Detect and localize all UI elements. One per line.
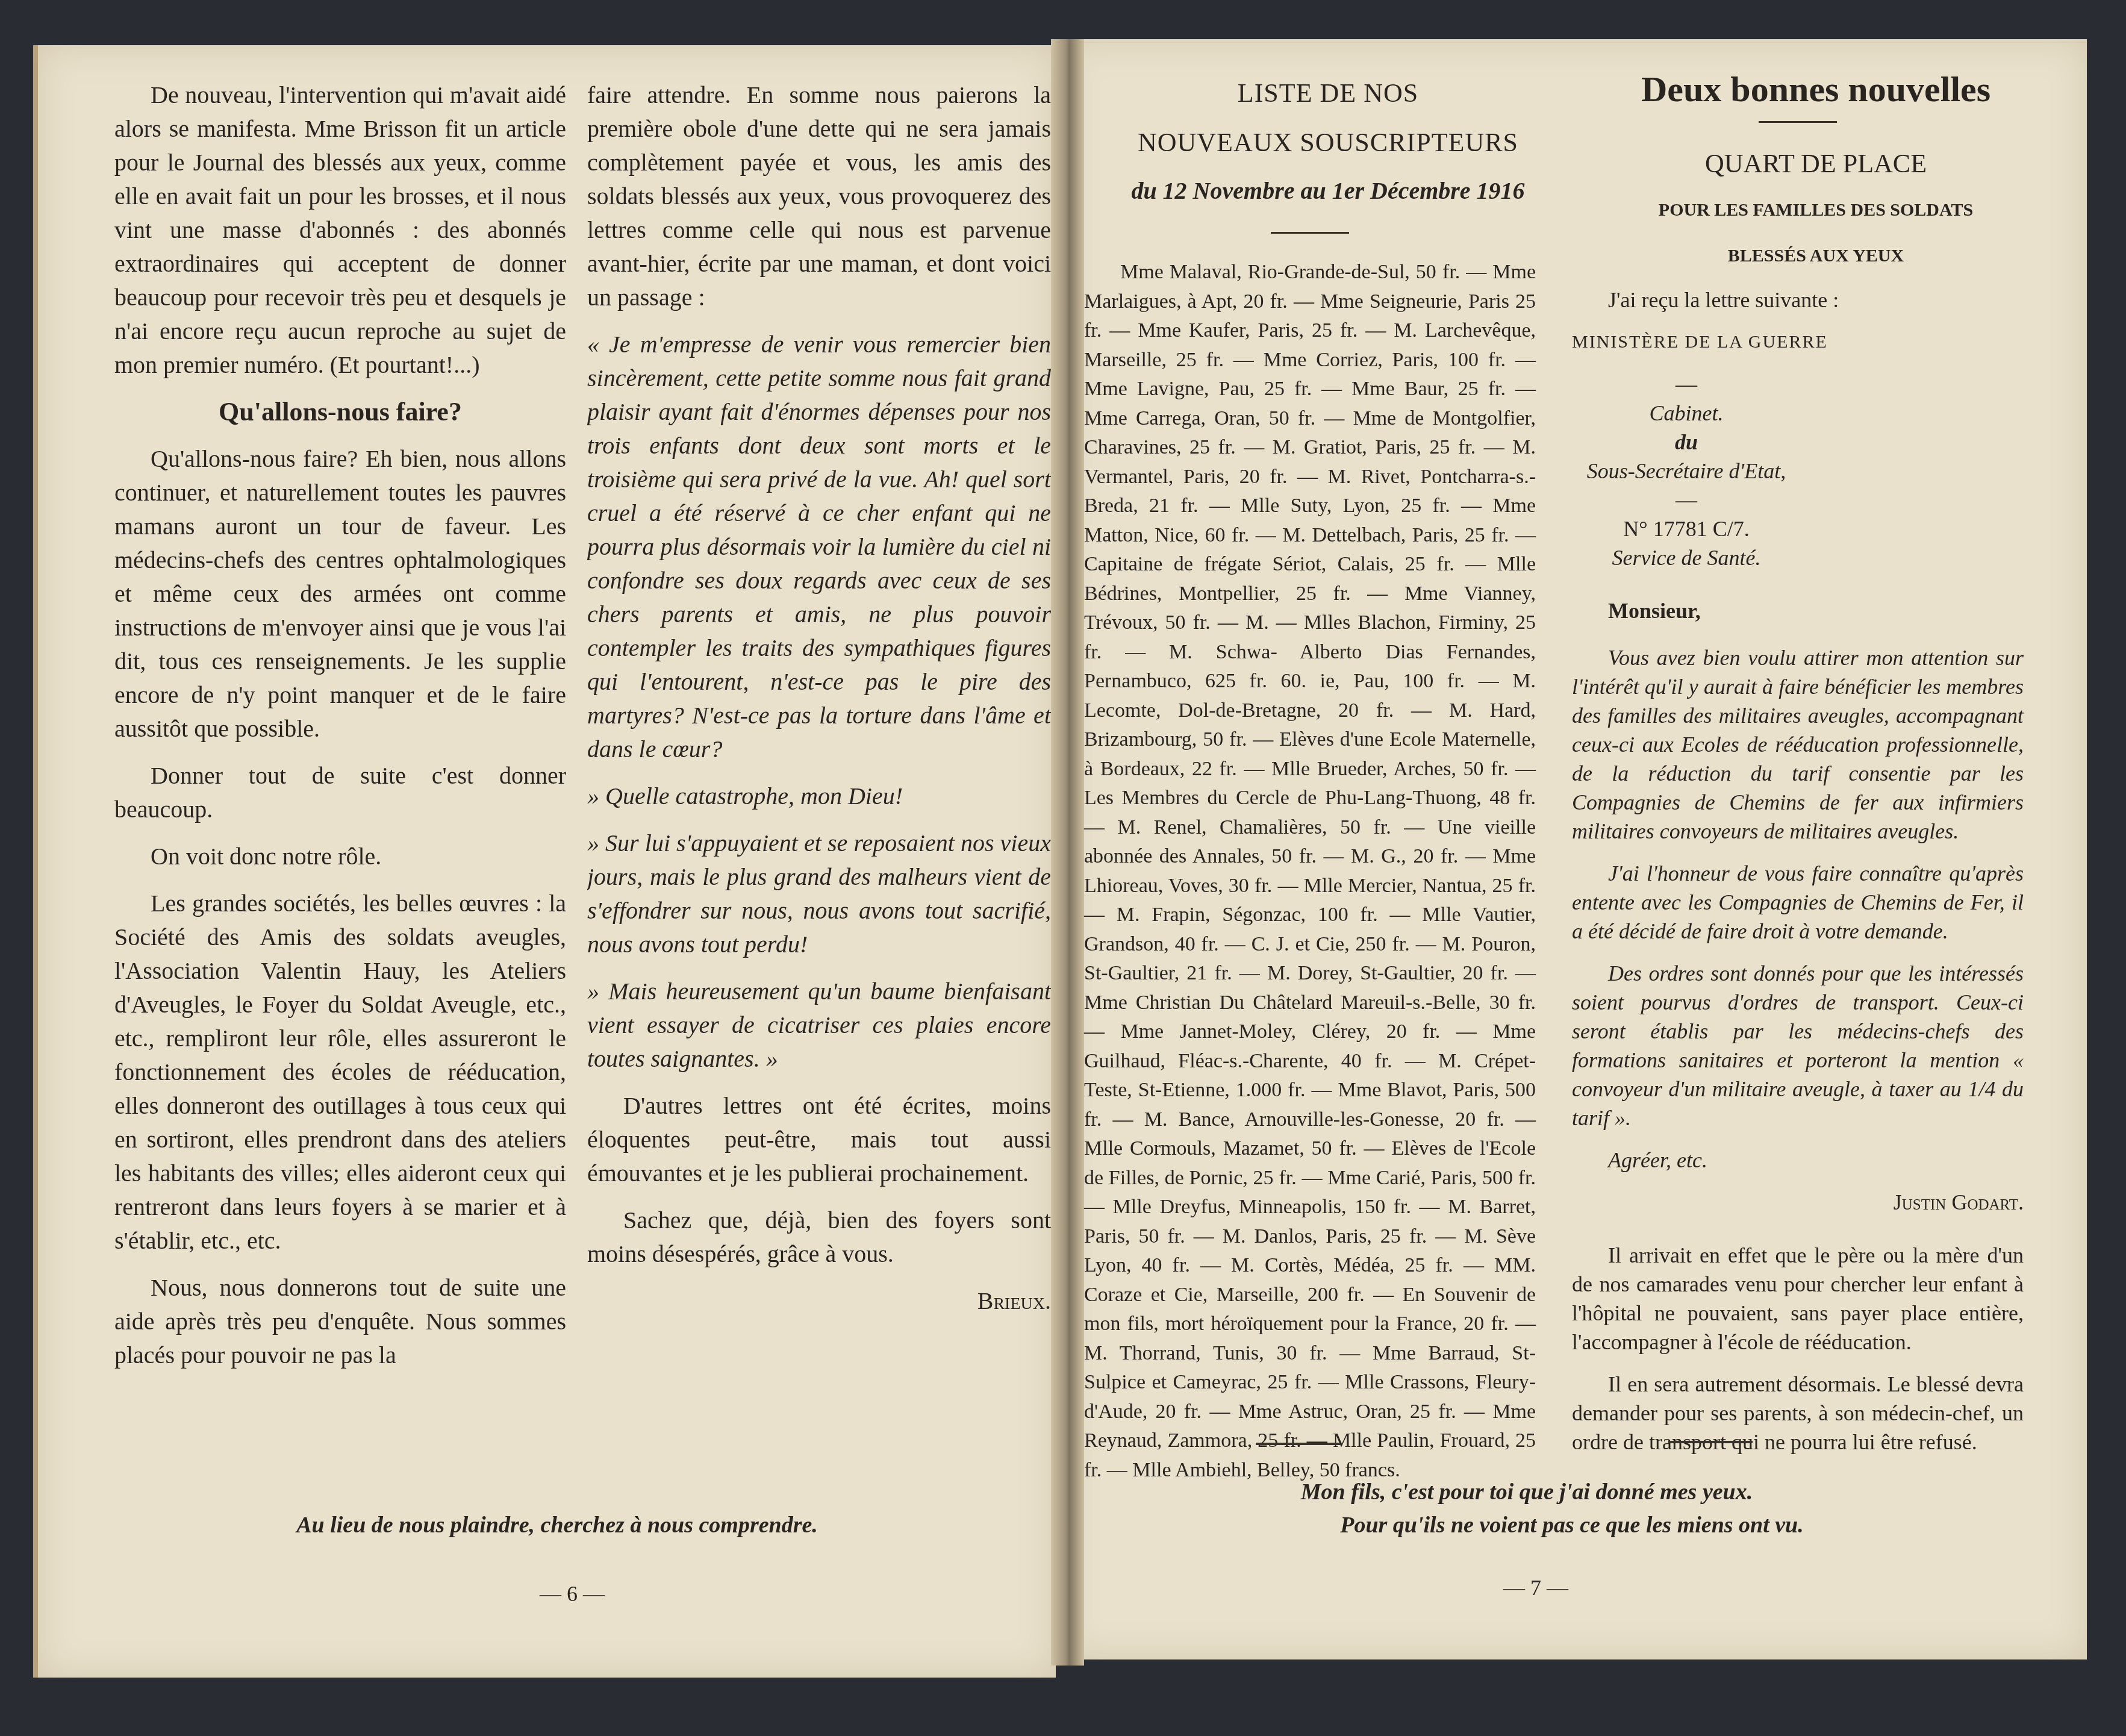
list-title-line2: NOUVEAUX SOUSCRIPTEURS — [1084, 125, 1536, 161]
right-motto-line1: Mon fils, c'est pour toi que j'ai donné … — [1180, 1479, 1873, 1505]
letter-intro: J'ai reçu la lettre suivante : — [1572, 286, 2024, 314]
letter-paragraph: J'ai l'honneur de vous faire connaître q… — [1572, 859, 2024, 946]
letter-quote: « Je m'empresse de venir vous remercier … — [587, 328, 1051, 766]
divider — [1271, 232, 1349, 234]
news-subtitle-line1: POUR LES FAMILLES DES SOLDATS — [1572, 194, 2024, 226]
paragraph: Il arrivait en effet que le père ou la m… — [1572, 1241, 2024, 1357]
news-column: Deux bonnes nouvelles QUART DE PLACE POU… — [1572, 72, 2024, 1470]
left-motto: Au lieu de nous plaindre, cherchez à nou… — [120, 1512, 994, 1538]
du-label: du — [1572, 428, 1801, 457]
paragraph: Nous, nous donnerons tout de suite une a… — [114, 1271, 566, 1372]
letter-quote: » Sur lui s'appuyaient et se reposaient … — [587, 826, 1051, 961]
ministry-header: MINISTÈRE DE LA GUERRE — [1572, 328, 2024, 357]
news-title: Deux bonnes nouvelles — [1572, 72, 2024, 106]
paragraph: On voit donc notre rôle. — [114, 840, 566, 873]
letter-quote: » Quelle catastrophe, mon Dieu! — [587, 779, 1051, 813]
letter-closing: Agréer, etc. — [1572, 1146, 2024, 1175]
letter-quote: » Mais heureusement qu'un baume bienfais… — [587, 975, 1051, 1076]
news-subtitle-line2: BLESSÉS AUX YEUX — [1572, 240, 2024, 272]
cabinet-label: Cabinet. — [1572, 399, 1801, 428]
subscribers-column: LISTE DE NOS NOUVEAUX SOUSCRIPTEURS du 1… — [1084, 75, 1536, 1485]
paragraph: Il en sera autrement désormais. Le bless… — [1572, 1370, 2024, 1457]
letter-paragraph: Vous avez bien voulu attirer mon attenti… — [1572, 643, 2024, 846]
dash: — — [1572, 370, 1801, 399]
book-gutter — [1051, 39, 1084, 1666]
letter-paragraph: Des ordres sont donnés pour que les inté… — [1572, 959, 2024, 1132]
paragraph: D'autres lettres ont été écrites, moins … — [587, 1089, 1051, 1190]
subscribers-list: Mme Malaval, Rio-Grande-de-Sul, 50 fr. —… — [1084, 258, 1536, 1485]
paragraph: Donner tout de suite c'est donner beauco… — [114, 759, 566, 826]
list-date-range: du 12 Novembre au 1er Décembre 1916 — [1084, 174, 1536, 208]
sous-secretaire-label: Sous-Secrétaire d'Etat, — [1572, 457, 1801, 486]
page-number-7: — 7 — — [1476, 1575, 1596, 1600]
divider — [1256, 1443, 1340, 1445]
section-heading: Qu'allons-nous faire? — [114, 395, 566, 429]
paragraph: Les grandes sociétés, les belles œuvres … — [114, 887, 566, 1258]
dash: — — [1572, 486, 1801, 514]
signature: Brieux. — [587, 1284, 1051, 1318]
news-subtitle: QUART DE PLACE — [1572, 147, 2024, 181]
service-label: Service de Santé. — [1572, 543, 1801, 572]
salutation: Monsieur, — [1572, 596, 2024, 625]
paragraph: Sachez que, déjà, bien des foyers sont m… — [587, 1204, 1051, 1271]
paragraph: faire attendre. En somme nous paierons l… — [587, 78, 1051, 314]
paragraph: De nouveau, l'intervention qui m'avait a… — [114, 78, 566, 382]
left-column-2: faire attendre. En somme nous paierons l… — [587, 78, 1051, 1331]
reference-number: N° 17781 C/7. — [1572, 514, 1801, 543]
left-column-1: De nouveau, l'intervention qui m'avait a… — [114, 78, 566, 1385]
paragraph: Qu'allons-nous faire? Eh bien, nous allo… — [114, 442, 566, 746]
divider — [1759, 121, 1837, 123]
right-motto-line2: Pour qu'ils ne voient pas ce que les mie… — [1180, 1512, 1963, 1538]
page-number-6: — 6 — — [512, 1581, 632, 1606]
list-title-line1: LISTE DE NOS — [1084, 75, 1536, 111]
letter-signature: Justin Godart. — [1572, 1188, 2024, 1217]
divider — [1668, 1441, 1753, 1443]
